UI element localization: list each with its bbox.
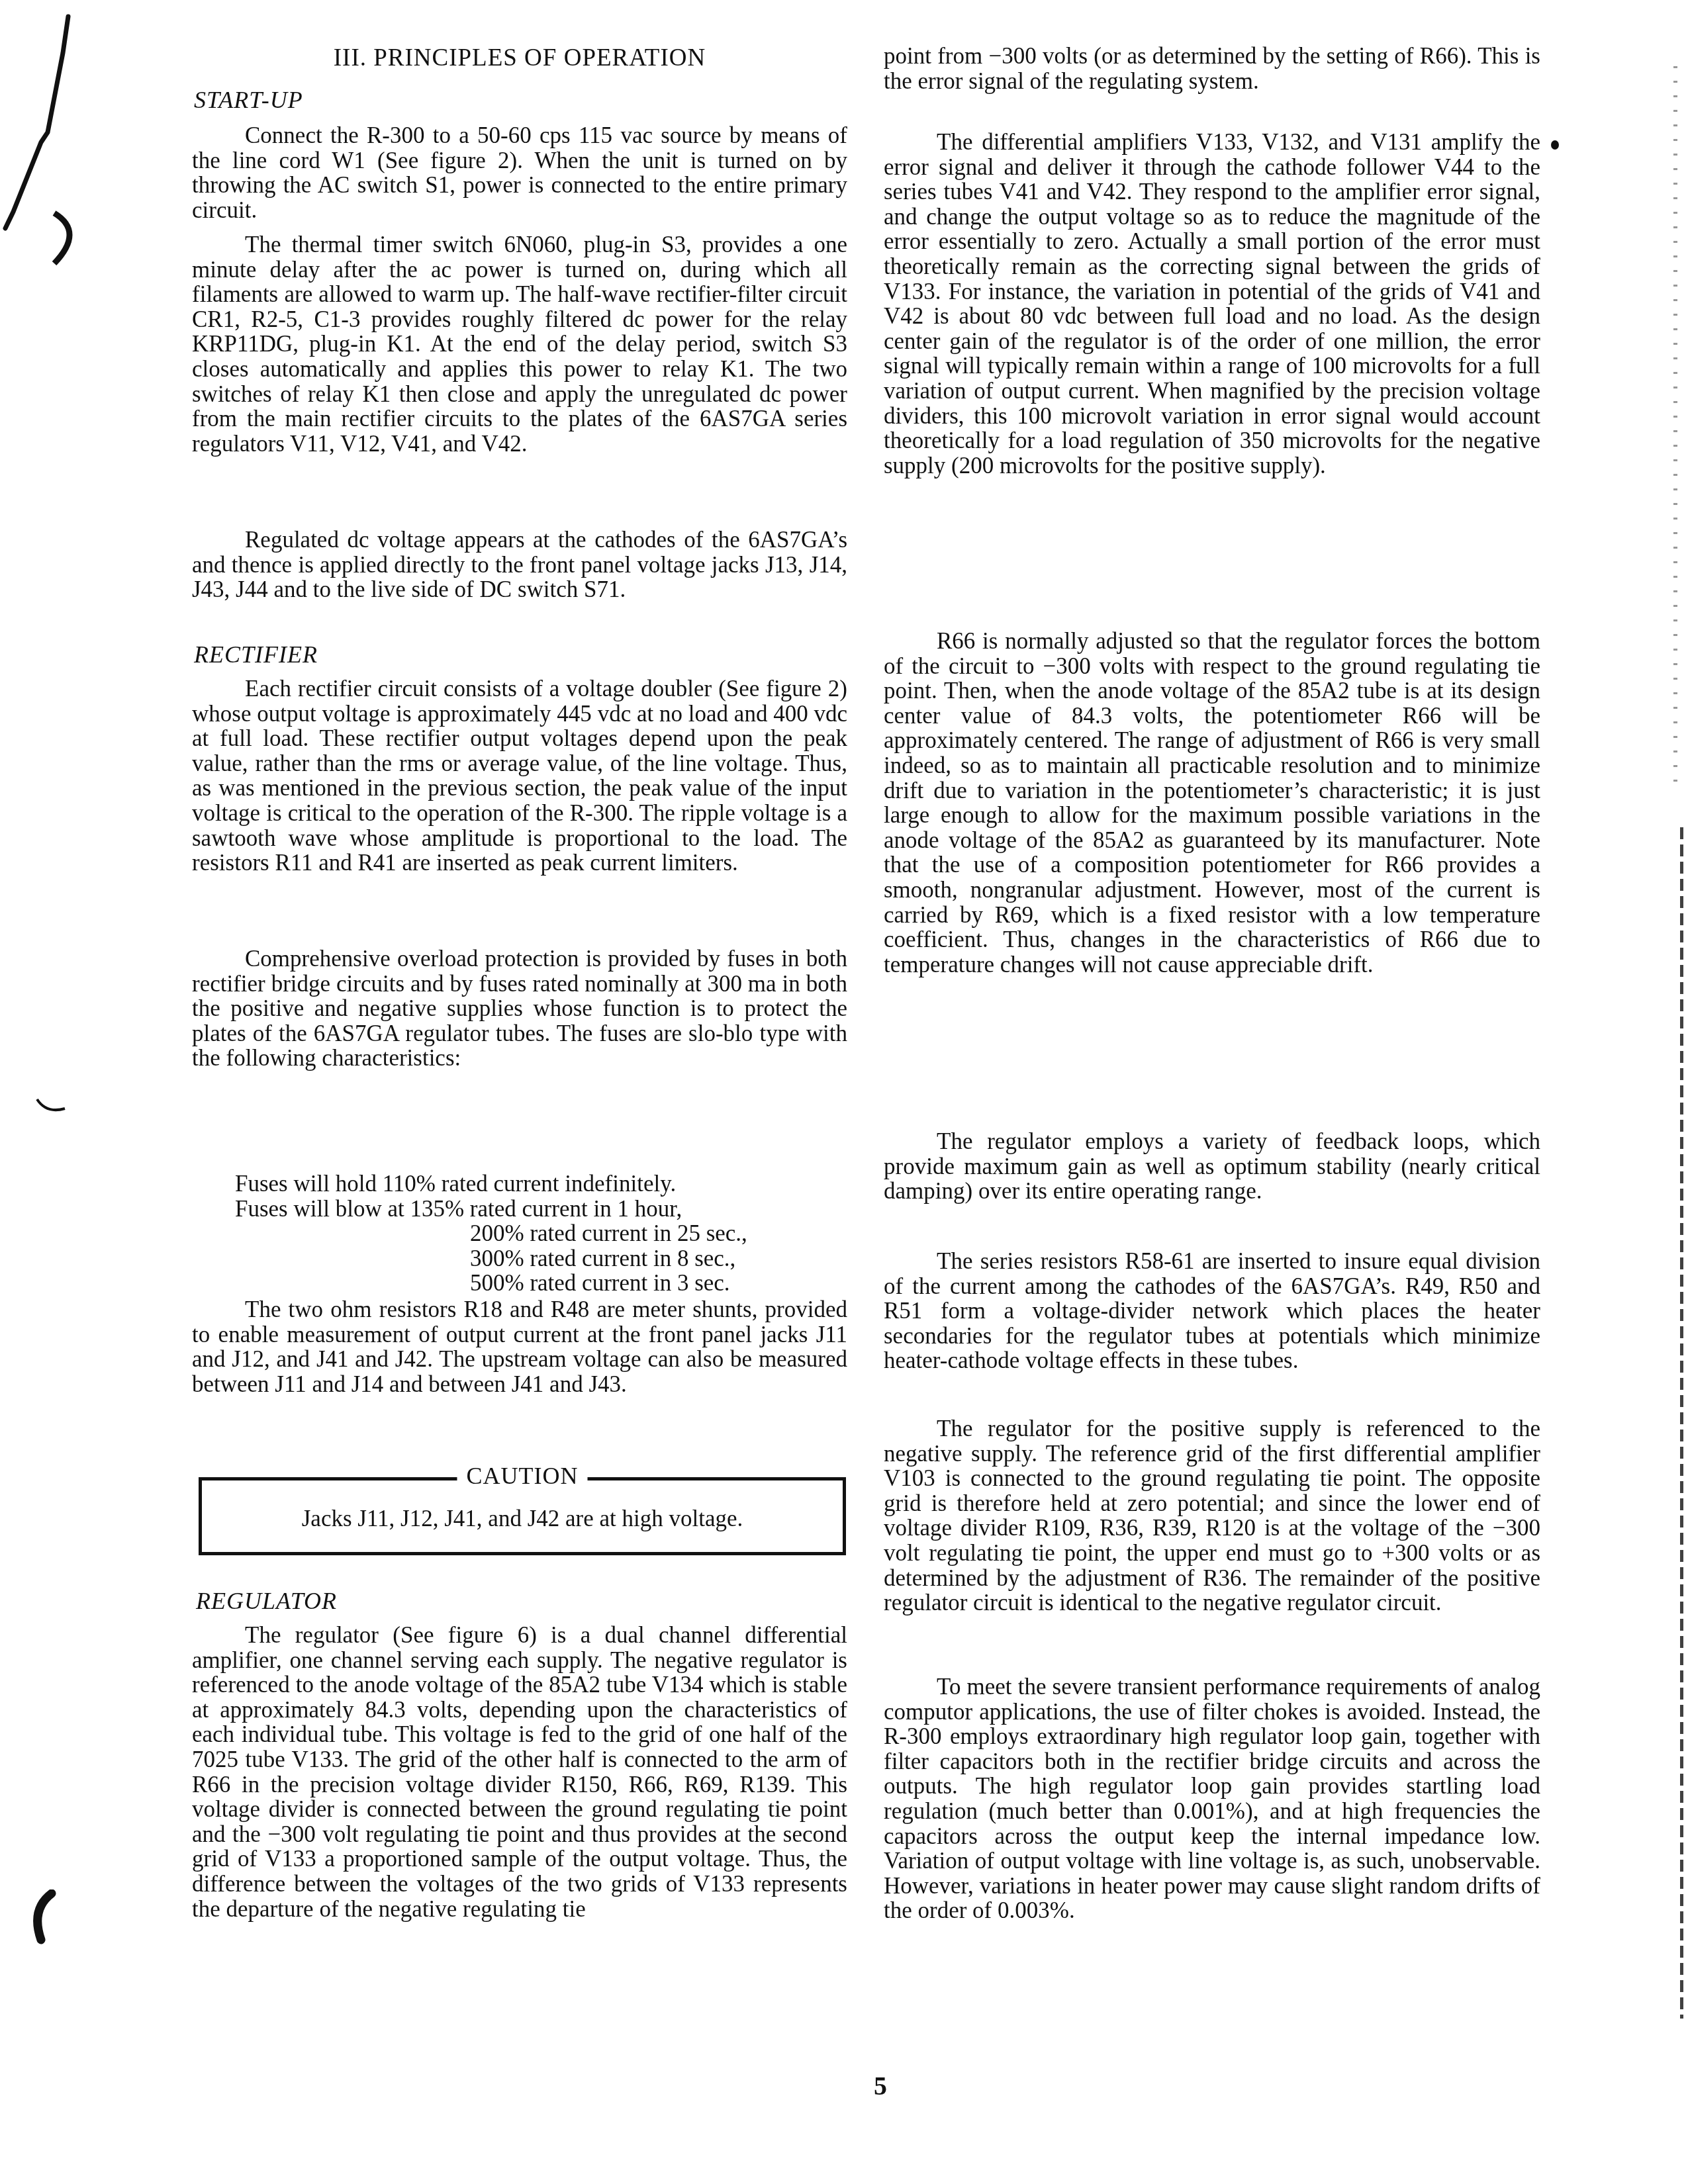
fuse-item: 500% rated current in 3 sec.	[235, 1271, 831, 1296]
scan-mark-arc-icon	[33, 1095, 73, 1118]
paragraph-startup-2: The thermal timer switch 6N060, plug-in …	[192, 232, 847, 456]
scan-edge-speckle	[1673, 66, 1677, 794]
section-heading-regulator: REGULATOR	[196, 1587, 337, 1615]
fuse-item: Fuses will hold 110% rated current indef…	[235, 1171, 831, 1197]
paragraph-right-1: point from −300 volts (or as determined …	[884, 44, 1540, 93]
paragraph-right-6: The regulator for the positive supply is…	[884, 1416, 1540, 1615]
paragraph-rectifier-2: Comprehensive overload protection is pro…	[192, 946, 847, 1071]
fuse-item: Fuses will blow at 135% rated current in…	[235, 1197, 831, 1222]
scan-mark-slash-icon	[0, 0, 93, 278]
fuse-characteristics-list: Fuses will hold 110% rated current indef…	[235, 1171, 831, 1296]
paragraph-regulator-1: The regulator (See figure 6) is a dual c…	[192, 1623, 847, 1921]
paragraph-startup-3: Regulated dc voltage appears at the cath…	[192, 527, 847, 602]
fuse-item: 300% rated current in 8 sec.,	[235, 1246, 831, 1271]
section-heading-startup: START-UP	[194, 86, 303, 114]
paragraph-right-5: The series resistors R58-61 are inserted…	[884, 1249, 1540, 1373]
paragraph-right-7: To meet the severe transient performance…	[884, 1674, 1540, 1923]
caution-box: CAUTION Jacks J11, J12, J41, and J42 are…	[199, 1477, 846, 1555]
paragraph-rectifier-1: Each rectifier circuit consists of a vol…	[192, 676, 847, 876]
page-title: III. PRINCIPLES OF OPERATION	[192, 44, 847, 72]
section-heading-rectifier: RECTIFIER	[194, 641, 318, 668]
paragraph-right-2: The differential amplifiers V133, V132, …	[884, 130, 1540, 478]
paragraph-startup-1: Connect the R-300 to a 50-60 cps 115 vac…	[192, 123, 847, 222]
paragraph-right-4: The regulator employs a variety of feedb…	[884, 1129, 1540, 1204]
fuse-item: 200% rated current in 25 sec.,	[235, 1221, 831, 1246]
scan-mark-paren-icon	[26, 1889, 73, 1949]
caution-title: CAUTION	[457, 1462, 588, 1490]
margin-bullet-icon	[1551, 140, 1559, 150]
paragraph-right-3: R66 is normally adjusted so that the reg…	[884, 629, 1540, 977]
page-number: 5	[861, 2070, 900, 2101]
paragraph-meter-shunts: The two ohm resistors R18 and R48 are me…	[192, 1297, 847, 1396]
scan-edge-line	[1680, 827, 1683, 2019]
caution-text: Jacks J11, J12, J41, and J42 are at high…	[202, 1506, 843, 1532]
